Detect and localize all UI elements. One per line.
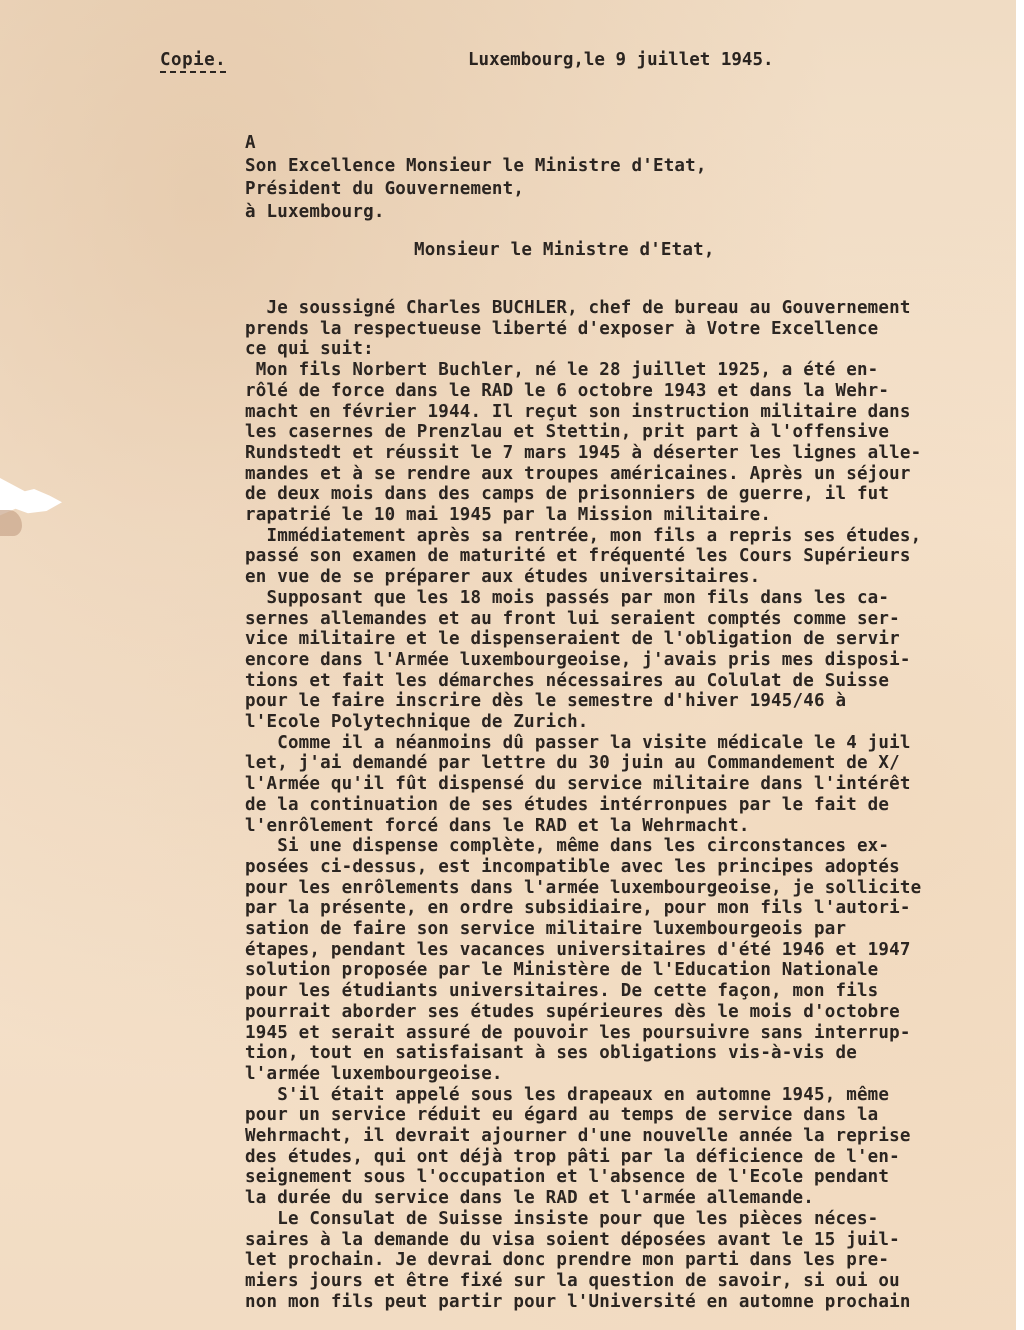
body-line: Supposant que les 18 mois passés par mon… xyxy=(245,588,889,608)
body-line: Wehrmacht, il devrait ajourner d'une nou… xyxy=(245,1126,911,1146)
body-line: miers jours et être fixé sur la question… xyxy=(245,1271,900,1291)
body-line: l'Ecole Polytechnique de Zurich. xyxy=(245,712,589,732)
body-line: l'enrôlement forcé dans le RAD et la Weh… xyxy=(245,816,750,836)
body-line: rôlé de force dans le RAD le 6 octobre 1… xyxy=(245,381,889,401)
place-date: Luxembourg,le 9 juillet 1945. xyxy=(468,50,774,70)
body-line: l'Armée qu'il fût dispensé du service mi… xyxy=(245,774,911,794)
addressee-line: Son Excellence Monsieur le Ministre d'Et… xyxy=(245,156,707,176)
body-line: étapes, pendant les vacances universitai… xyxy=(245,940,911,960)
addressee-line: à Luxembourg. xyxy=(245,202,385,222)
body-line: seignement sous l'occupation et l'absenc… xyxy=(245,1167,889,1187)
body-line: en vue de se préparer aux études univers… xyxy=(245,567,760,587)
body-line: S'il était appelé sous les drapeaux en a… xyxy=(245,1085,889,1105)
body-line: posées ci-dessus, est incompatible avec … xyxy=(245,857,900,877)
body-line: la durée du service dans le RAD et l'arm… xyxy=(245,1188,814,1208)
body-line: let prochain. Je devrai donc prendre mon… xyxy=(245,1250,889,1270)
typed-letter-page: Copie. Luxembourg,le 9 juillet 1945. A S… xyxy=(0,0,1016,1330)
body-line: l'armée luxembourgeoise. xyxy=(245,1064,503,1084)
scan-margin xyxy=(1016,0,1024,1330)
body-line: Le Consulat de Suisse insiste pour que l… xyxy=(245,1209,878,1229)
body-line: passé son examen de maturité et fréquent… xyxy=(245,546,911,566)
body-line: les casernes de Prenzlau et Stettin, pri… xyxy=(245,422,889,442)
body-line: Comme il a néanmoins dû passer la visite… xyxy=(245,733,911,753)
body-line: encore dans l'Armée luxembourgeoise, j'a… xyxy=(245,650,911,670)
addressee-line: Président du Gouvernement, xyxy=(245,179,524,199)
body-line: saires à la demande du visa soient dépos… xyxy=(245,1230,900,1250)
body-line: tion, tout en satisfaisant à ses obligat… xyxy=(245,1043,857,1063)
body-line: sernes allemandes et au front lui seraie… xyxy=(245,609,900,629)
body-line: rapatrié le 10 mai 1945 par la Mission m… xyxy=(245,505,771,525)
body-line: Mon fils Norbert Buchler, né le 28 juill… xyxy=(245,360,878,380)
body-line: pour les enrôlements dans l'armée luxemb… xyxy=(245,878,921,898)
body-line: pour un service réduit eu égard au temps… xyxy=(245,1105,878,1125)
body-line: Immédiatement après sa rentrée, mon fils… xyxy=(245,526,921,546)
body-line: non mon fils peut partir pour l'Universi… xyxy=(245,1292,911,1312)
body-line: pour le faire inscrire dès le semestre d… xyxy=(245,691,846,711)
body-line: ce qui suit: xyxy=(245,339,374,359)
body-line: pourrait aborder ses études supérieures … xyxy=(245,1002,900,1022)
body-line: sation de faire son service militaire lu… xyxy=(245,919,846,939)
body-line: de la continuation de ses études intérro… xyxy=(245,795,889,815)
body-line: 1945 et serait assuré de pouvoir les pou… xyxy=(245,1023,911,1043)
body-line: mandes et à se rendre aux troupes améric… xyxy=(245,464,911,484)
body-line: Si une dispense complète, même dans les … xyxy=(245,836,889,856)
paper-stain xyxy=(0,510,22,536)
body-line: let, j'ai demandé par lettre du 30 juin … xyxy=(245,753,900,773)
body-line: de deux mois dans des camps de prisonnie… xyxy=(245,484,889,504)
body-line: macht en février 1944. Il reçut son inst… xyxy=(245,402,911,422)
addressee-line: A xyxy=(245,133,256,153)
body-line: vice militaire et le dispenseraient de l… xyxy=(245,629,900,649)
copy-label: Copie. xyxy=(160,50,226,73)
body-line: Rundstedt et réussit le 7 mars 1945 à dé… xyxy=(245,443,921,463)
body-line: par la présente, en ordre subsidiaire, p… xyxy=(245,898,911,918)
salutation: Monsieur le Ministre d'Etat, xyxy=(414,240,715,260)
body-line: prends la respectueuse liberté d'exposer… xyxy=(245,319,878,339)
body-line: pour les étudiants universitaires. De ce… xyxy=(245,981,878,1001)
body-line: des études, qui ont déjà trop pâti par l… xyxy=(245,1147,900,1167)
body-line: tions et fait les démarches nécessaires … xyxy=(245,671,889,691)
body-line: Je soussigné Charles BUCHLER, chef de bu… xyxy=(245,298,911,318)
body-line: solution proposée par le Ministère de l'… xyxy=(245,960,878,980)
